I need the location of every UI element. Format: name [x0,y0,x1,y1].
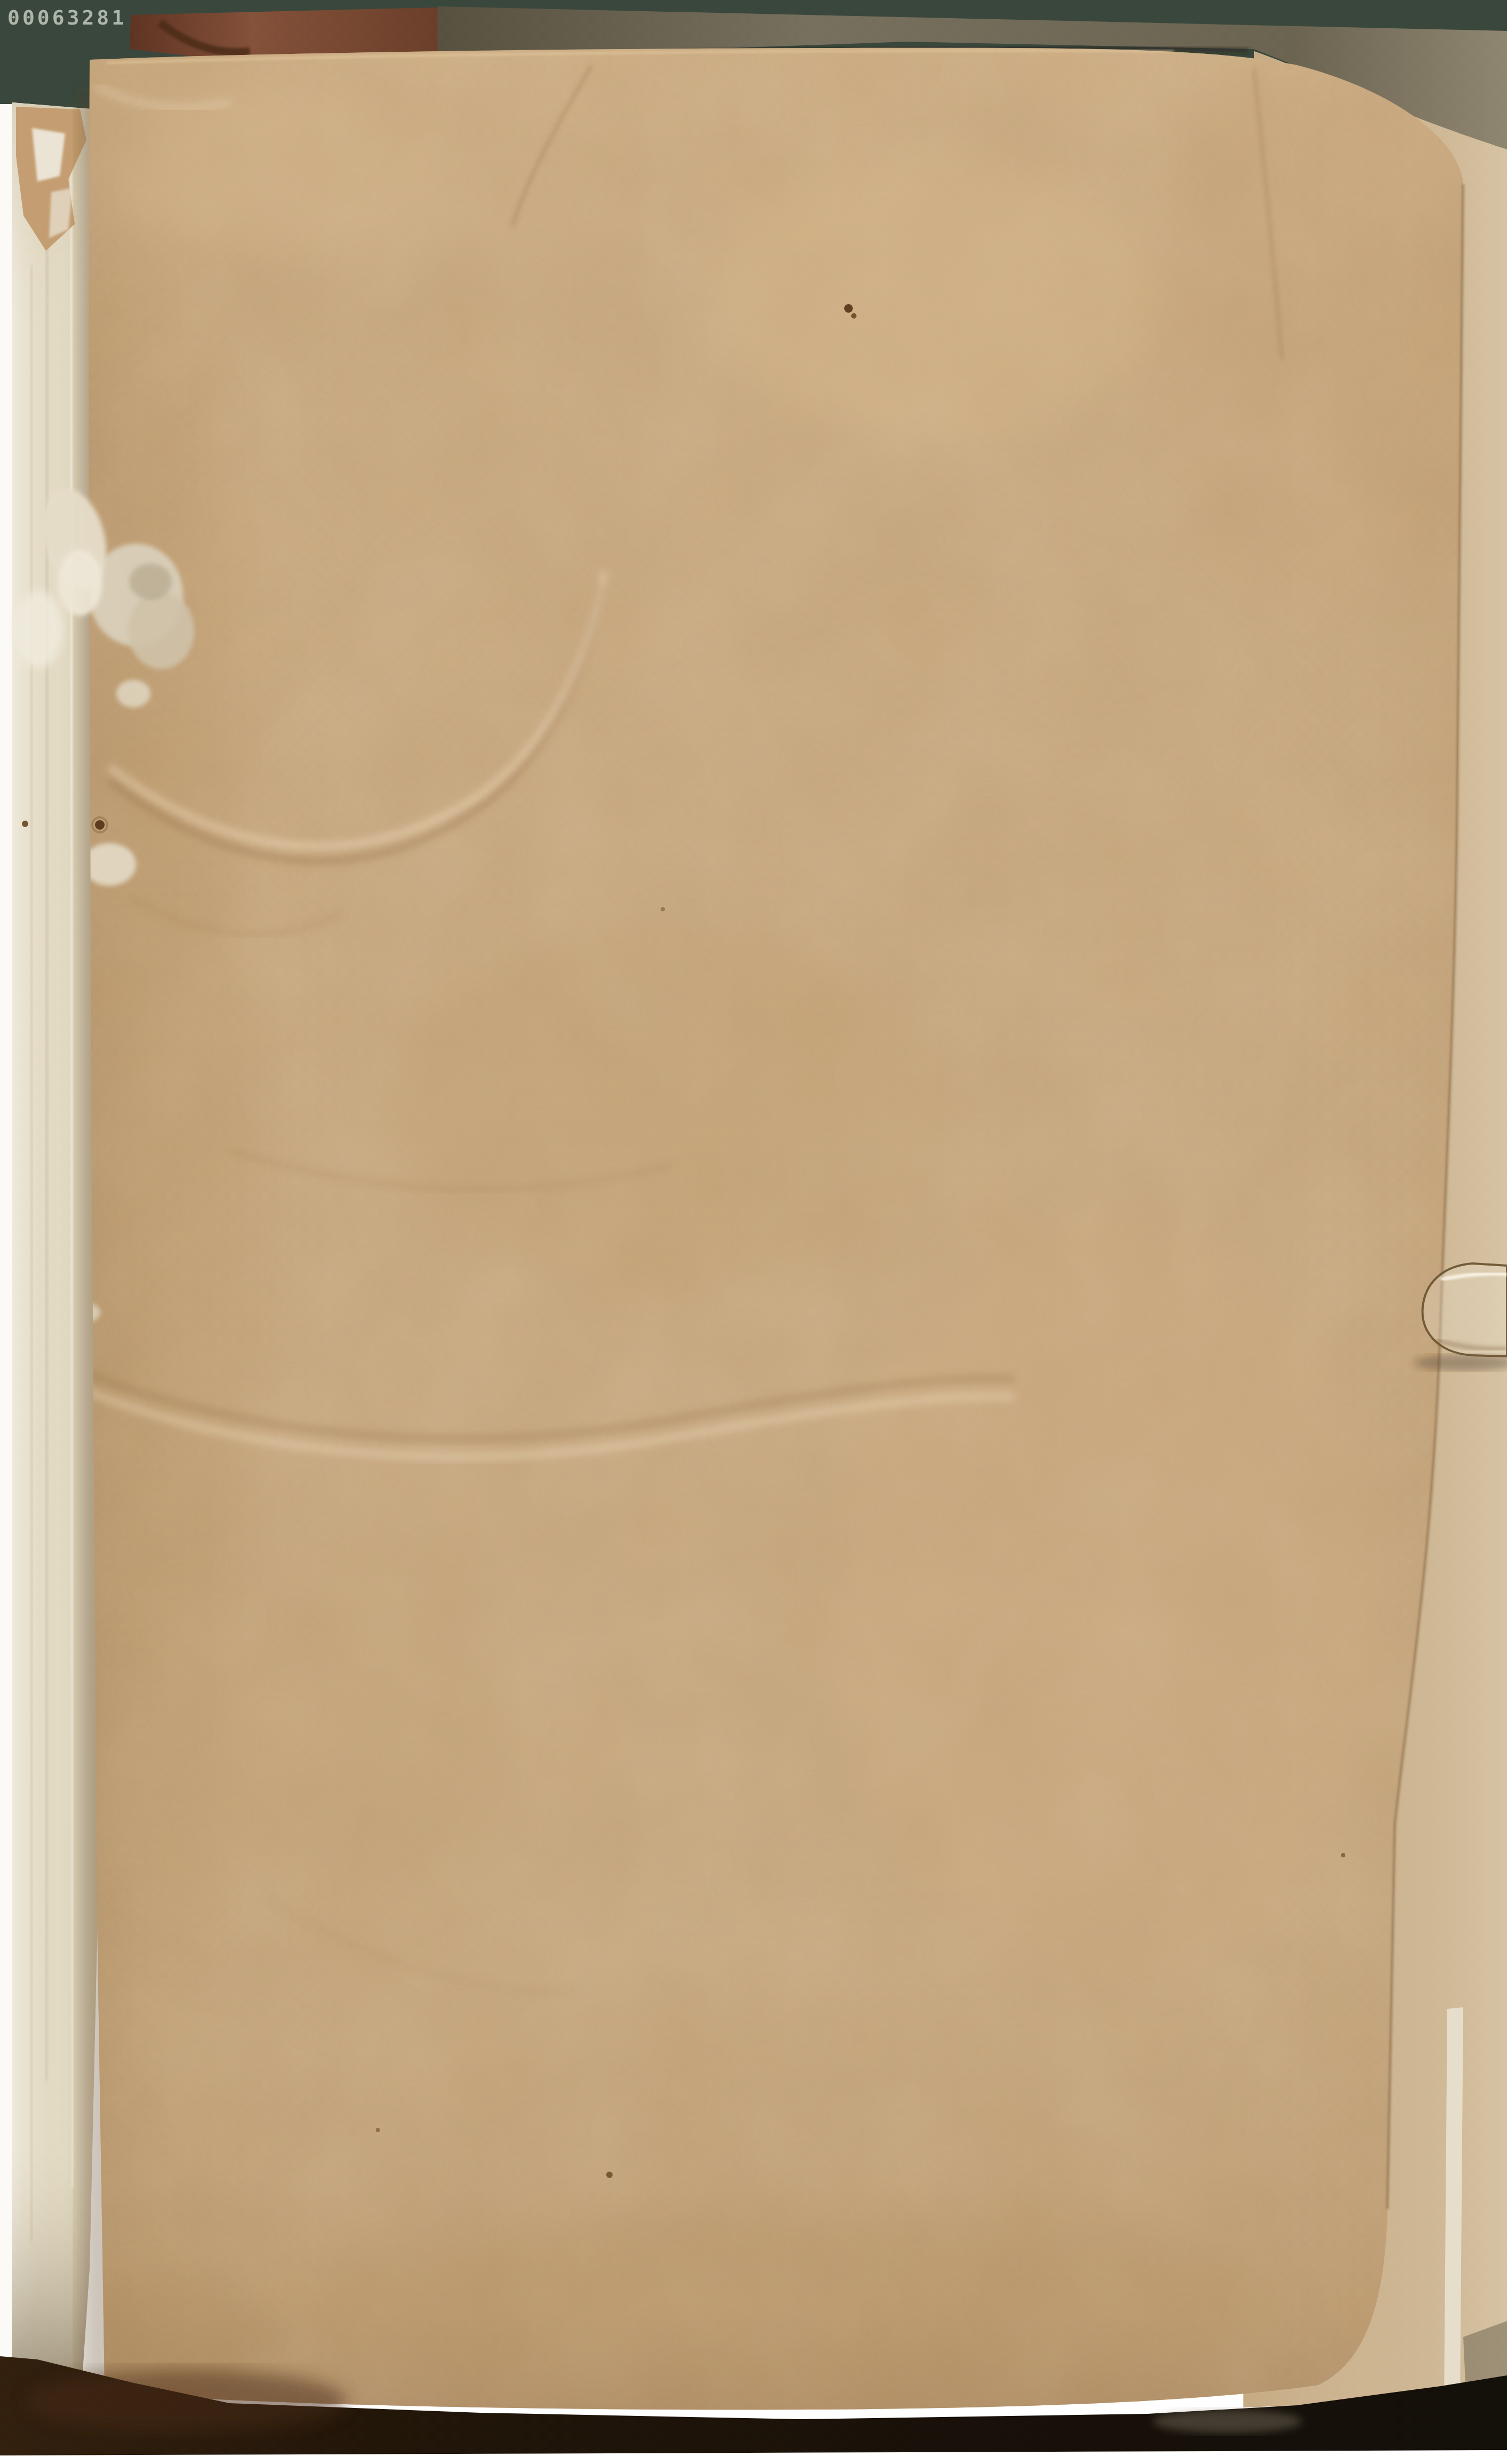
bottom-band-glow [27,2369,347,2433]
scan-id-text: 00063281 [7,6,126,29]
bottom-band-light-smudge [1153,2410,1302,2433]
book-scan-photo: 00063281 [0,0,1507,2464]
fore-edge-sliver [1444,2007,1463,2402]
